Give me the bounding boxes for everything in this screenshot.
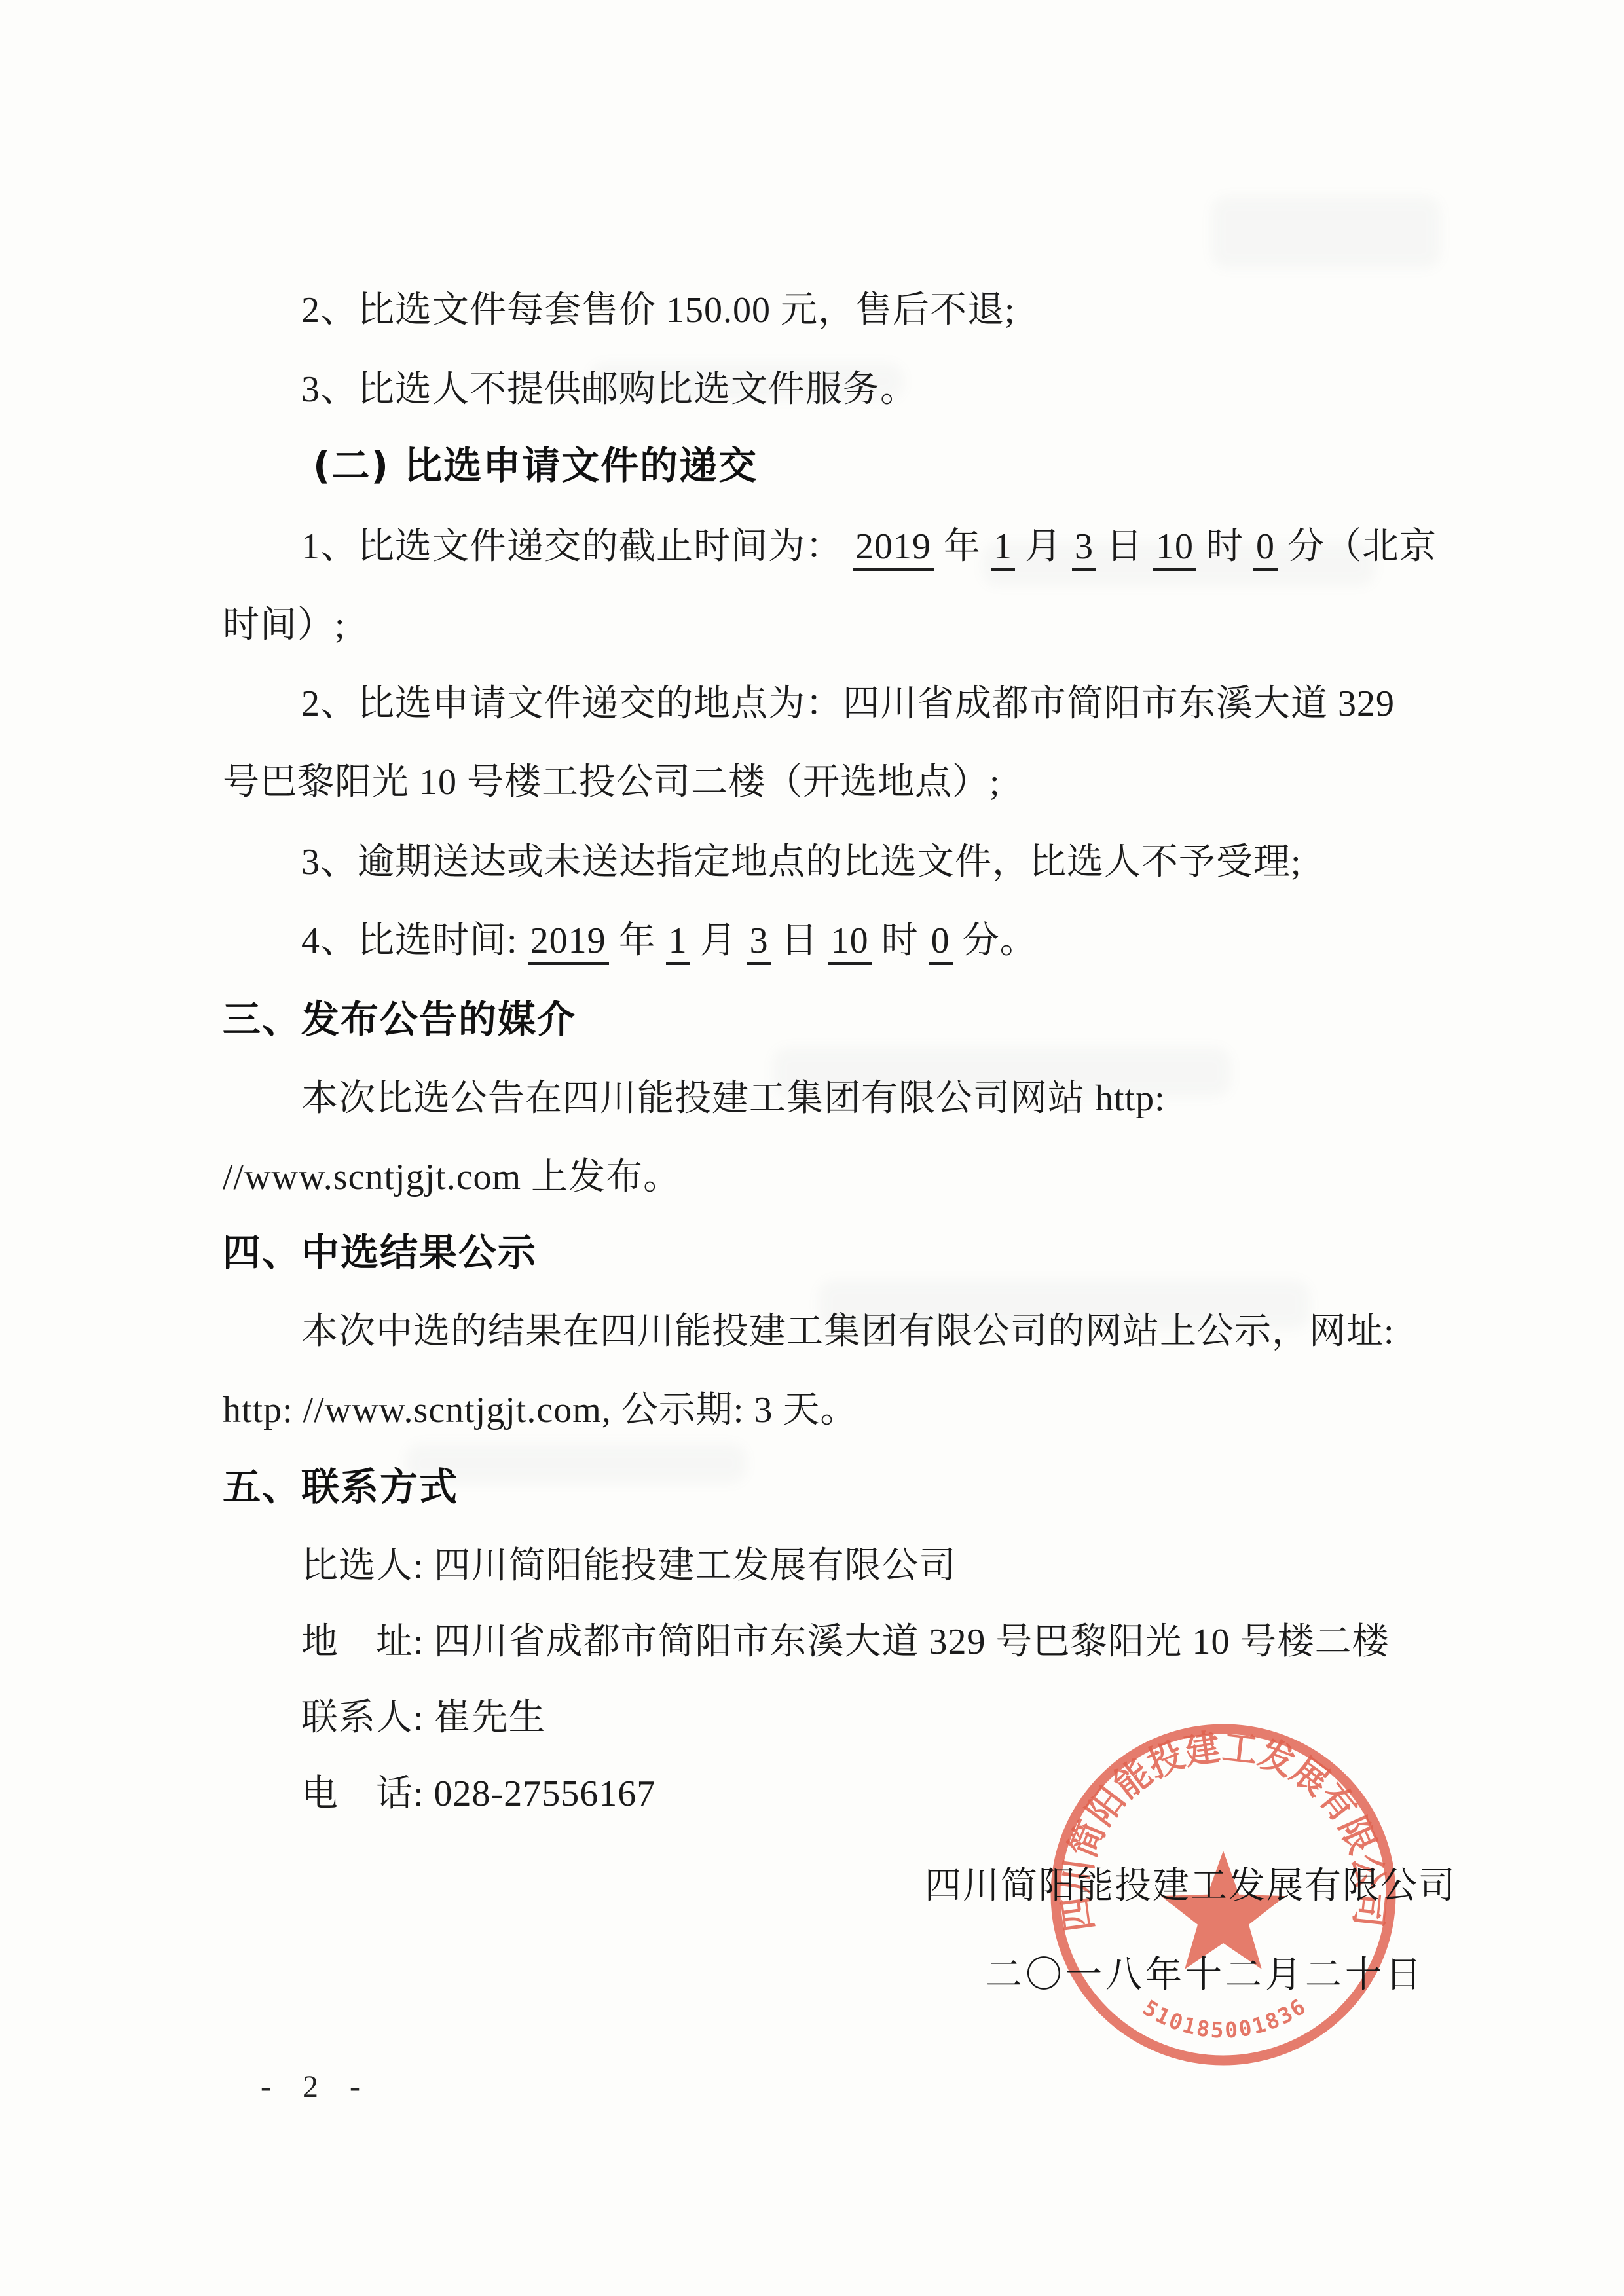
underlined-value: 2019 [528, 920, 609, 965]
text-segment: 4、比选时间: [301, 920, 528, 961]
text-line: //www.scntjgjt.com 上发布。 [223, 1150, 680, 1205]
text-segment: 3、逾期送达或未送达指定地点的比选文件，比选人不予受理; [301, 842, 1302, 883]
text-segment: 月 [690, 920, 747, 961]
underlined-value: 10 [828, 920, 872, 965]
underlined-value: 0 [1253, 526, 1278, 571]
text-segment: 三、发布公告的媒介 [223, 997, 576, 1042]
signature-company: 四川简阳能投建工发展有限公司 [925, 1857, 1456, 1909]
text-segment: 日 [771, 920, 828, 961]
text-line: 电 话: 028-27556167 [301, 1766, 655, 1821]
text-line: 2、比选文件每套售价 150.00 元，售后不退; [301, 283, 1016, 338]
text-segment: 四、中选结果公示 [223, 1230, 537, 1275]
underlined-value: 1 [991, 526, 1015, 571]
text-segment: 2、比选申请文件递交的地点为：四川省成都市简阳市东溪大道 329 [301, 683, 1395, 724]
text-line: 比选人: 四川简阳能投建工发展有限公司 [301, 1539, 957, 1594]
text-line: 地 址: 四川省成都市简阳市东溪大道 329 号巴黎阳光 10 号楼二楼 [301, 1614, 1390, 1669]
text-segment: 分（北京 [1278, 526, 1437, 567]
text-segment: 日 [1096, 526, 1153, 567]
text-line: (二) 比选申请文件的递交 [313, 437, 758, 494]
text-segment: 本次中选的结果在四川能投建工集团有限公司的网站上公示，网址: [301, 1311, 1395, 1352]
text-segment: 时 [872, 920, 929, 961]
text-segment: 年 [934, 526, 991, 567]
underlined-value: 2019 [853, 526, 934, 571]
text-line: http: //www.scntjgjt.com, 公示期: 3 天。 [223, 1383, 857, 1438]
text-segment: 分。 [953, 920, 1037, 961]
text-line: 3、比选人不提供邮购比选文件服务。 [301, 362, 917, 417]
text-segment: 时间）; [223, 605, 346, 646]
text-line: 2、比选申请文件递交的地点为：四川省成都市简阳市东溪大道 329 [301, 676, 1395, 731]
text-segment: 月 [1015, 526, 1072, 567]
text-segment: 3、比选人不提供邮购比选文件服务。 [301, 369, 917, 410]
text-line: 五、联系方式 [223, 1459, 458, 1516]
text-line: 1、比选文件递交的截止时间为： 2019 年 1 月 3 日 10 时 0 分（… [301, 519, 1437, 574]
underlined-value: 10 [1153, 526, 1196, 571]
text-segment: 电 话: 028-27556167 [301, 1774, 655, 1814]
text-segment: 1、比选文件递交的截止时间为： [301, 526, 853, 567]
text-segment: http: //www.scntjgjt.com, 公示期: 3 天。 [223, 1390, 857, 1430]
text-segment: 时 [1196, 526, 1253, 567]
text-line: 时间）; [223, 598, 346, 653]
document-page: 四川简阳能投建工发展有限公司 5101850018363 2、比选文件每套售价 … [0, 0, 1624, 2296]
text-segment: 号巴黎阳光 10 号楼工投公司二楼（开选地点）; [223, 762, 1001, 803]
text-segment: 2、比选文件每套售价 150.00 元，售后不退; [301, 290, 1016, 331]
scan-smudge [1211, 196, 1441, 268]
text-line: 4、比选时间: 2019 年 1 月 3 日 10 时 0 分。 [301, 913, 1037, 968]
text-line: 四、中选结果公示 [223, 1224, 537, 1281]
signature-date: 二〇一八年十二月二十日 [986, 1946, 1425, 1998]
text-line: 本次中选的结果在四川能投建工集团有限公司的网站上公示，网址: [301, 1304, 1395, 1359]
text-line: 3、逾期送达或未送达指定地点的比选文件，比选人不予受理; [301, 835, 1302, 890]
text-segment: 比选人: 四川简阳能投建工发展有限公司 [301, 1546, 957, 1586]
text-segment: (二) 比选申请文件的递交 [313, 443, 758, 488]
text-segment: //www.scntjgjt.com 上发布。 [223, 1157, 680, 1197]
text-segment: 地 址: 四川省成都市简阳市东溪大道 329 号巴黎阳光 10 号楼二楼 [301, 1622, 1390, 1662]
text-segment: 本次比选公告在四川能投建工集团有限公司网站 http: [301, 1078, 1166, 1119]
text-segment: 年 [609, 920, 666, 961]
text-line: 本次比选公告在四川能投建工集团有限公司网站 http: [301, 1071, 1166, 1126]
text-segment: 五、联系方式 [223, 1465, 458, 1509]
page-number: - 2 - [261, 2069, 372, 2105]
text-line: 联系人: 崔先生 [301, 1690, 546, 1745]
underlined-value: 1 [666, 920, 690, 965]
text-line: 号巴黎阳光 10 号楼工投公司二楼（开选地点）; [223, 755, 1001, 810]
underlined-value: 3 [747, 920, 771, 965]
text-line: 三、发布公告的媒介 [223, 991, 576, 1048]
underlined-value: 3 [1072, 526, 1096, 571]
underlined-value: 0 [929, 920, 953, 965]
text-segment: 联系人: 崔先生 [301, 1698, 546, 1738]
